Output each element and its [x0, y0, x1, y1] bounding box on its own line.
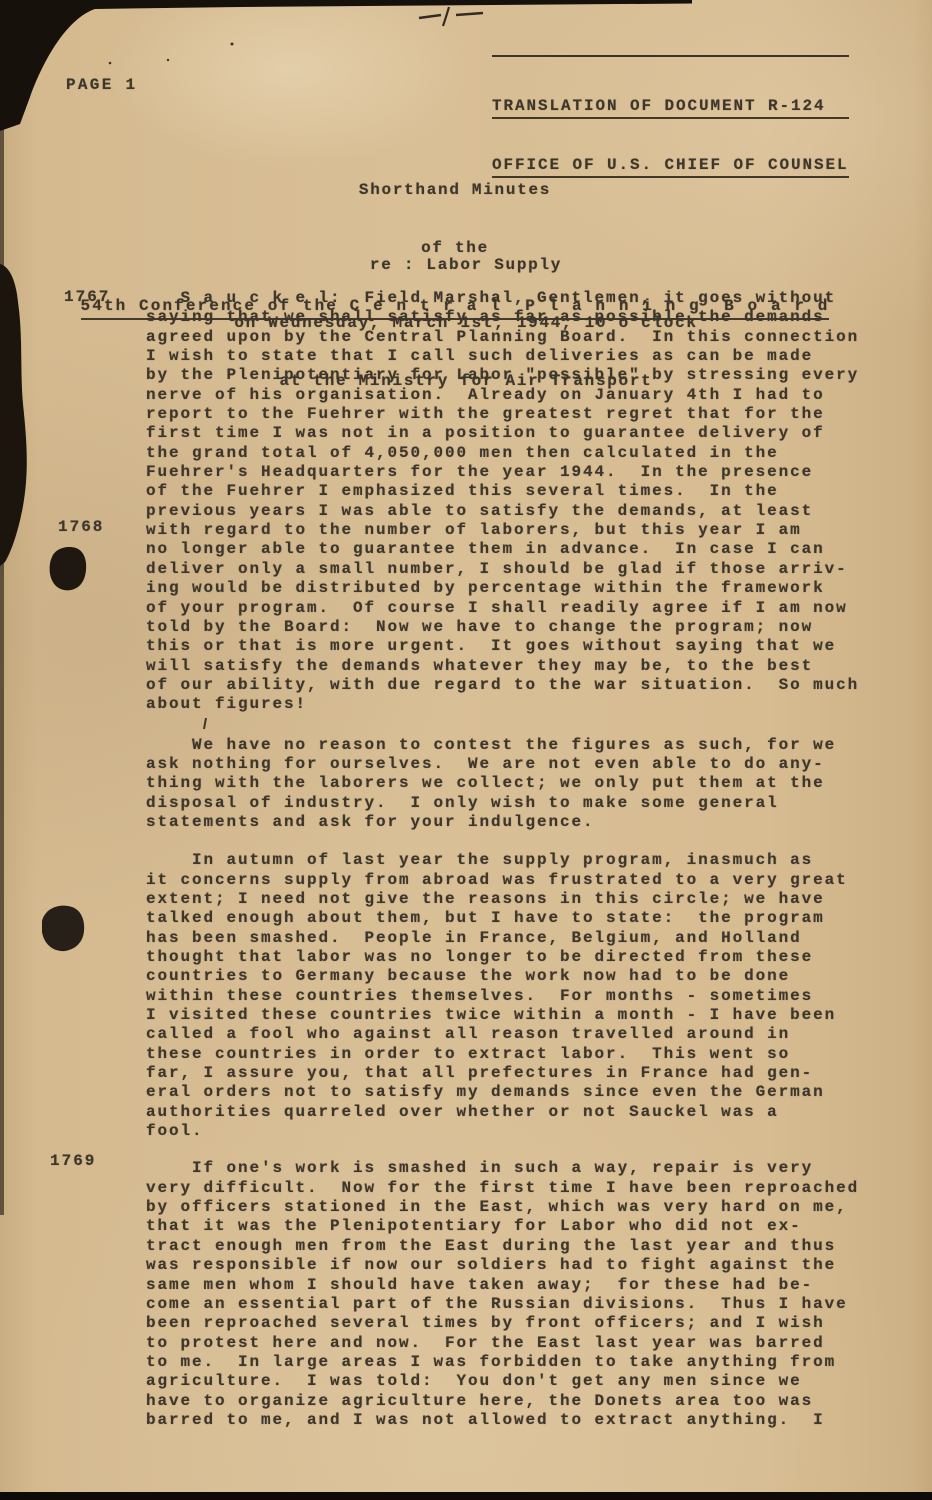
- margin-number-1768: 1768: [58, 518, 104, 536]
- margin-number-1767: 1767: [64, 288, 110, 306]
- paragraph-sauckel-opening: S a u c k e l: Field Marshal, Gentlemen,…: [146, 289, 886, 715]
- stamp-line-translation: TRANSLATION OF DOCUMENT R-124: [492, 96, 849, 119]
- speck-3: [167, 59, 169, 61]
- bottom-scan-edge: [0, 1492, 932, 1500]
- pen-mark-dash-right: [456, 13, 483, 15]
- pen-mark-dash-left: [419, 15, 441, 18]
- title-line-shorthand-minutes: Shorthand Minutes: [0, 181, 910, 200]
- paragraph-autumn-supply-program: In autumn of last year the supply progra…: [146, 851, 886, 1141]
- speck-1: [231, 43, 234, 46]
- page-number-label: PAGE 1: [66, 76, 137, 94]
- speck-2: [109, 62, 112, 65]
- hole-punch-1: [50, 547, 87, 590]
- subtitle-line-re-labor-supply: re : Labor Supply: [0, 256, 932, 275]
- pen-mark-slash: [443, 7, 449, 26]
- scanned-document-page: PAGE 1 TRANSLATION OF DOCUMENT R-124 OFF…: [0, 0, 932, 1500]
- paragraph-no-reason-to-contest: We have no reason to contest the figures…: [146, 736, 886, 833]
- paragraph-work-smashed: If one's work is smashed in such a way, …: [146, 1159, 886, 1430]
- document-body: S a u c k e l: Field Marshal, Gentlemen,…: [146, 289, 886, 1430]
- hole-punch-2: [42, 906, 84, 951]
- margin-number-1769: 1769: [50, 1152, 96, 1170]
